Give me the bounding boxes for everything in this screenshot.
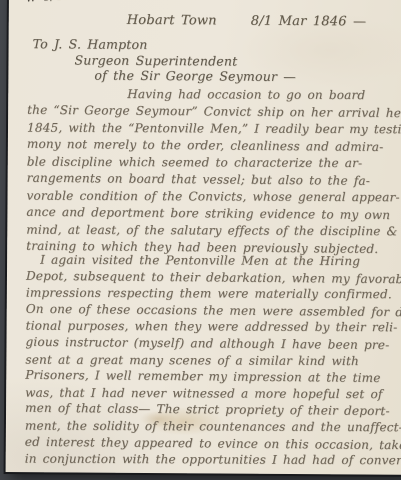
- body-paragraph-1: Having had occasion to go on board the “…: [26, 85, 401, 258]
- letter-paper: W 1/44 Hobart Town 8/1 Mar 1846 — To J. …: [6, 0, 401, 475]
- recipient-name: To J. S. Hampton: [33, 36, 297, 53]
- scanned-letter: W 1/44 Hobart Town 8/1 Mar 1846 — To J. …: [0, 0, 401, 480]
- recipient-block: To J. S. Hampton Surgeon Superintendent …: [32, 36, 296, 84]
- manuscript-line: I again visited the Pentonville Men at t…: [26, 252, 401, 270]
- manuscript-line: ment, the solidity of their countenances…: [25, 418, 401, 436]
- manuscript-line: gious instructor (myself) and although I…: [25, 334, 401, 354]
- recipient-title: Surgeon Superintendent: [32, 52, 296, 69]
- letter-date: 8/1 Mar 1846 —: [251, 14, 367, 30]
- body-paragraph-2: I again visited the Pentonville Men at t…: [25, 251, 401, 469]
- manuscript-line: in conjunction with the opportunities I …: [25, 451, 401, 469]
- recipient-ship: of the Sir George Seymour —: [32, 67, 296, 84]
- archival-reference: W 1/44: [26, 0, 71, 5]
- place-name: Hobart Town: [127, 13, 217, 29]
- dateline: Hobart Town 8/1 Mar 1846 —: [127, 13, 367, 30]
